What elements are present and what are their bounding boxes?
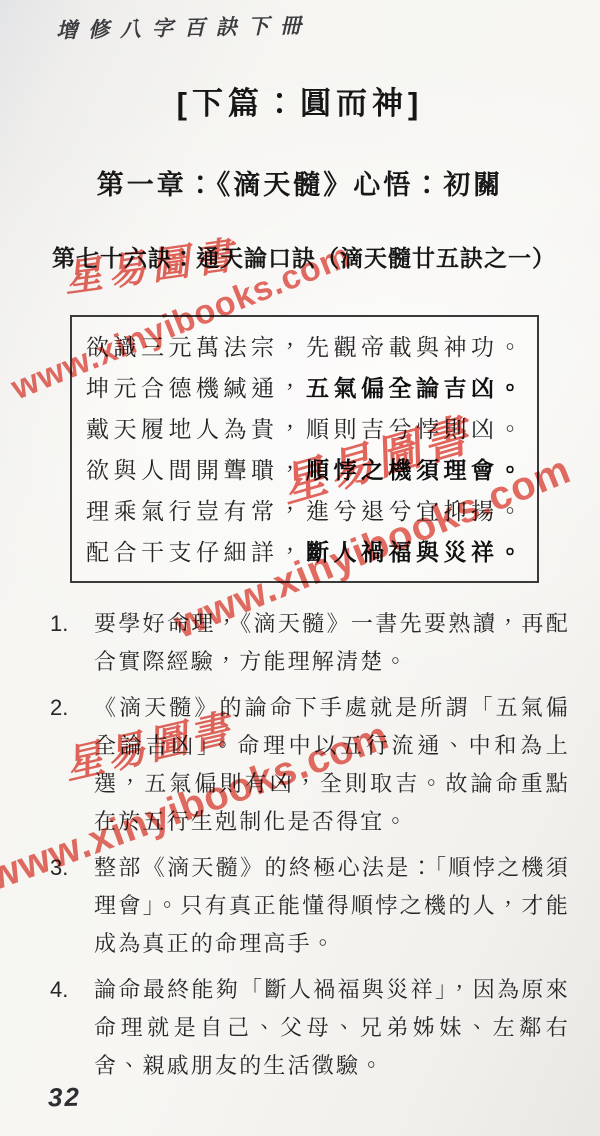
notes-list: 1. 要學好命理，《滴天髓》一書先要熟讀，再配合實際經驗，方能理解清楚。 2. … <box>50 605 570 1085</box>
verse-line: 欲與人間開聾聵，順悖之機須理會。 <box>86 450 523 491</box>
note-text: 《滴天髓》的論命下手處就是所謂「五氣偏全論吉凶」。命理中以五行流通、中和為上選，… <box>94 689 570 841</box>
verse-tail: 先觀帝載與神功。 <box>306 334 526 360</box>
verse-lead: 坤元合德機緘通， <box>86 375 306 401</box>
verse-line: 坤元合德機緘通，五氣偏全論吉凶。 <box>86 368 523 409</box>
note-text: 整部《滴天髓》的終極心法是：「順悖之機須理會」。只有真正能懂得順悖之機的人，才能… <box>94 849 570 963</box>
section-title: 第七十六訣：通天論口訣（滴天髓廿五訣之一） <box>52 240 600 273</box>
list-item: 2. 《滴天髓》的論命下手處就是所謂「五氣偏全論吉凶」。命理中以五行流通、中和為… <box>50 689 570 841</box>
verse-lead: 欲與人間開聾聵， <box>86 457 306 483</box>
note-text: 要學好命理，《滴天髓》一書先要熟讀，再配合實際經驗，方能理解清楚。 <box>94 605 570 681</box>
verse-lead: 配合干支仔細詳， <box>86 539 306 565</box>
verse-line: 戴天履地人為貴，順則吉兮悖則凶。 <box>86 409 523 450</box>
verse-box: 欲識三元萬法宗，先觀帝載與神功。 坤元合德機緘通，五氣偏全論吉凶。 戴天履地人為… <box>70 315 539 583</box>
page-number: 32 <box>48 1082 82 1114</box>
verse-line: 理乘氣行豈有常，進兮退兮宜抑揚。 <box>86 491 523 532</box>
verse-line: 欲識三元萬法宗，先觀帝載與神功。 <box>86 327 523 368</box>
list-item: 1. 要學好命理，《滴天髓》一書先要熟讀，再配合實際經驗，方能理解清楚。 <box>50 605 570 681</box>
verse-lead: 戴天履地人為貴， <box>86 416 306 442</box>
note-number: 3. <box>50 849 94 887</box>
note-number: 4. <box>50 971 94 1009</box>
chapter-title: 第一章：《滴天髓》心悟：初關 <box>0 163 600 202</box>
verse-tail: 斷人禍福與災祥。 <box>306 539 526 565</box>
booklet-title: 增修八字百訣下冊 <box>56 9 313 44</box>
list-item: 4. 論命最終能夠「斷人禍福與災祥」，因為原來命理就是自己、父母、兄弟姊妹、左鄰… <box>50 971 570 1085</box>
verse-tail: 五氣偏全論吉凶。 <box>306 375 526 401</box>
list-item: 3. 整部《滴天髓》的終極心法是：「順悖之機須理會」。只有真正能懂得順悖之機的人… <box>50 849 570 963</box>
verse-tail: 順悖之機須理會。 <box>306 457 526 483</box>
verse-line: 配合干支仔細詳，斷人禍福與災祥。 <box>86 532 523 573</box>
note-number: 1. <box>50 605 94 643</box>
verse-tail: 進兮退兮宜抑揚。 <box>306 498 526 524</box>
verse-lead: 欲識三元萬法宗， <box>86 334 306 360</box>
note-text: 論命最終能夠「斷人禍福與災祥」，因為原來命理就是自己、父母、兄弟姊妹、左鄰右舍、… <box>94 971 570 1085</box>
book-page: 增修八字百訣下冊 [下篇：圓而神] 第一章：《滴天髓》心悟：初關 第七十六訣：通… <box>0 0 600 1136</box>
verse-tail: 順則吉兮悖則凶。 <box>306 416 526 442</box>
verse-lead: 理乘氣行豈有常， <box>86 498 306 524</box>
note-number: 2. <box>50 689 94 727</box>
part-title: [下篇：圓而神] <box>0 78 600 123</box>
